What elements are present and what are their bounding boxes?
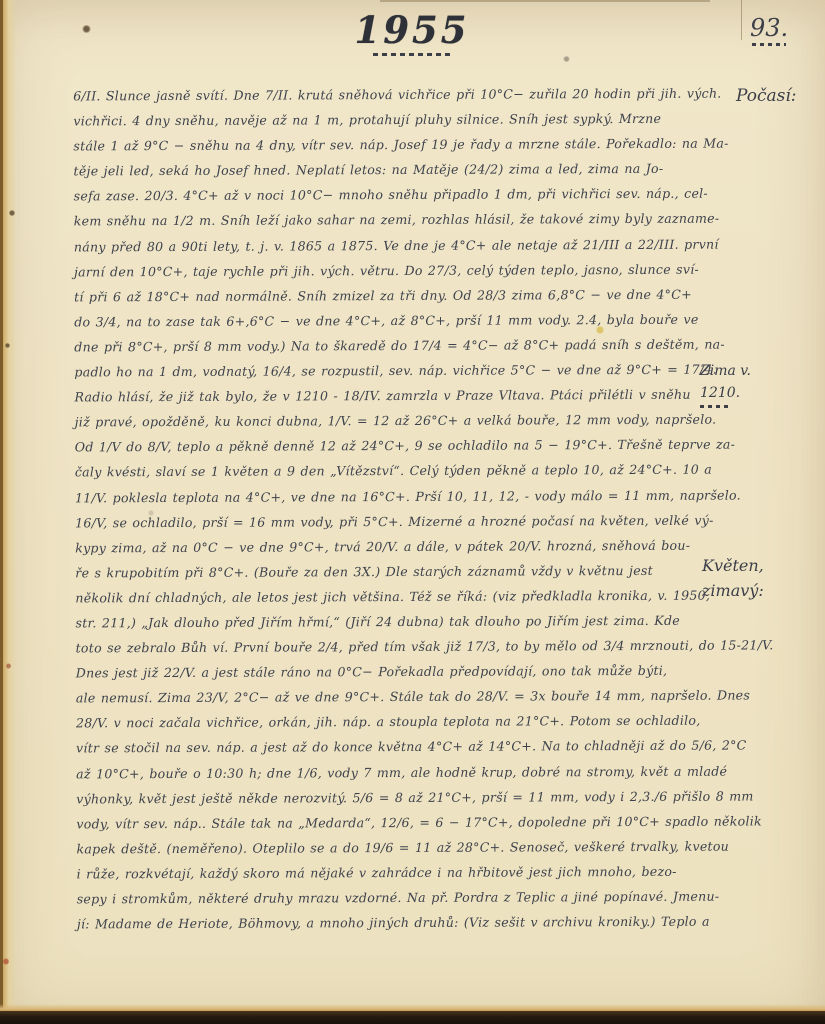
handwriting-line: stále 1 až 9°C − sněhu na 4 dny, vítr se…	[73, 131, 728, 159]
paper-stain	[563, 56, 570, 62]
paper-stain	[3, 958, 9, 965]
manuscript-body: 6/II. Slunce jasně svítí. Dne 7/II. krut…	[73, 81, 732, 937]
handwriting-line: vody, vítr sev. náp.. Stále tak na „Meda…	[76, 808, 731, 836]
page-title: 1955	[352, 8, 472, 56]
handwriting-line: kapek deště. (neměřeno). Oteplilo se a d…	[76, 833, 731, 861]
handwriting-line: 16/V, se ochladilo, prší = 16 mm vody, p…	[75, 507, 730, 535]
paper-stain	[82, 25, 91, 33]
handwriting-line: Od 1/V do 8/V, teplo a pěkně denně 12 až…	[75, 432, 730, 460]
year-title-text: 1955	[352, 8, 472, 52]
handwriting-line: až 10°C+, bouře o 10:30 h; dne 1/6, vody…	[76, 758, 731, 786]
margin-note-weather: Počasí:	[736, 86, 797, 106]
handwriting-line: dne při 8°C+, prší 8 mm vody.) Na to ška…	[74, 332, 729, 360]
manuscript-page: 1955 93. Počasí: Zima v. 1210. Květen, z…	[0, 0, 825, 1024]
handwriting-line: str. 211,) „Jak dlouho před Jiřím hřmí,“…	[75, 608, 730, 636]
handwriting-line: vítr se stočil na sev. náp. a jest až do…	[76, 733, 731, 761]
handwriting-line: těje jeli led, seká ho Josef hned. Nepla…	[73, 156, 728, 184]
paper-stain	[6, 663, 11, 669]
handwriting-line: ře s krupobitím při 8°C+. (Bouře za den …	[75, 557, 730, 585]
handwriting-line: jarní den 10°C+, taje rychle při jih. vý…	[74, 256, 729, 284]
handwriting-line: kem sněhu na 1/2 m. Sníh leží jako sahar…	[74, 206, 729, 234]
page-number-underline	[752, 43, 786, 46]
handwriting-line: jí: Madame de Heriote, Böhmovy, a mnoho …	[77, 909, 732, 937]
handwriting-line: vichřici. 4 dny sněhu, navěje až na 1 m,…	[73, 106, 728, 134]
handwriting-line: i růže, rozkvétají, každý skoro má nějak…	[77, 858, 732, 886]
scan-background-bottom	[0, 1011, 825, 1024]
handwriting-line: sepy i stromkům, některé druhy mrazu vzd…	[77, 884, 732, 912]
paper-stain	[5, 343, 10, 348]
handwriting-line: několik dní chladných, ale letos jest ji…	[75, 582, 730, 610]
handwriting-line: 6/II. Slunce jasně svítí. Dne 7/II. krut…	[73, 81, 728, 109]
margin-note-weather-text: Počasí:	[736, 86, 797, 106]
handwriting-line: tí při 6 až 18°C+ nad normálně. Sníh zmi…	[74, 281, 729, 309]
page-edge-left-line	[0, 0, 3, 1024]
handwriting-line: nány před 80 a 90ti lety, t. j. v. 1865 …	[74, 231, 729, 259]
handwriting-line: 28/V. v noci začala vichřice, orkán, jih…	[76, 708, 731, 736]
page-number-text: 93.	[750, 14, 788, 42]
handwriting-line: ale nemusí. Zima 23/V, 2°C− až ve dne 9°…	[76, 683, 731, 711]
handwriting-line: toto se zebralo Bůh ví. První bouře 2/4,…	[76, 633, 731, 661]
handwriting-line: padlo ho na 1 dm, vodnatý, 16/4, se rozp…	[74, 357, 729, 385]
handwriting-line: Dnes jest již 22/V. a jest stále ráno na…	[76, 658, 731, 686]
handwriting-line: do 3/4, na to zase tak 6+,6°C − ve dne 4…	[74, 306, 729, 334]
handwriting-line: již pravé, opožděně, ku konci dubna, 1/V…	[75, 407, 730, 435]
paper-stain	[9, 210, 15, 216]
handwriting-line: výhonky, květ jest ještě někde nerozvitý…	[76, 783, 731, 811]
page-edge-top	[380, 0, 710, 2]
handwriting-line: sefa zase. 20/3. 4°C+ až v noci 10°C− mn…	[74, 181, 729, 209]
title-underline-flourish	[373, 53, 451, 56]
page-corner-crease	[741, 0, 742, 40]
handwriting-line: Radio hlásí, že již tak bylo, že v 1210 …	[74, 382, 729, 410]
page-number: 93.	[750, 14, 788, 46]
handwriting-line: 11/V. poklesla teplota na 4°C+, ve dne n…	[75, 482, 730, 510]
page-edge-bottom-paper	[0, 1004, 825, 1011]
handwriting-line: čaly kvésti, slaví se 1 květen a 9 den „…	[75, 457, 730, 485]
handwriting-line: kypy zima, až na 0°C − ve dne 9°C+, trvá…	[75, 532, 730, 560]
